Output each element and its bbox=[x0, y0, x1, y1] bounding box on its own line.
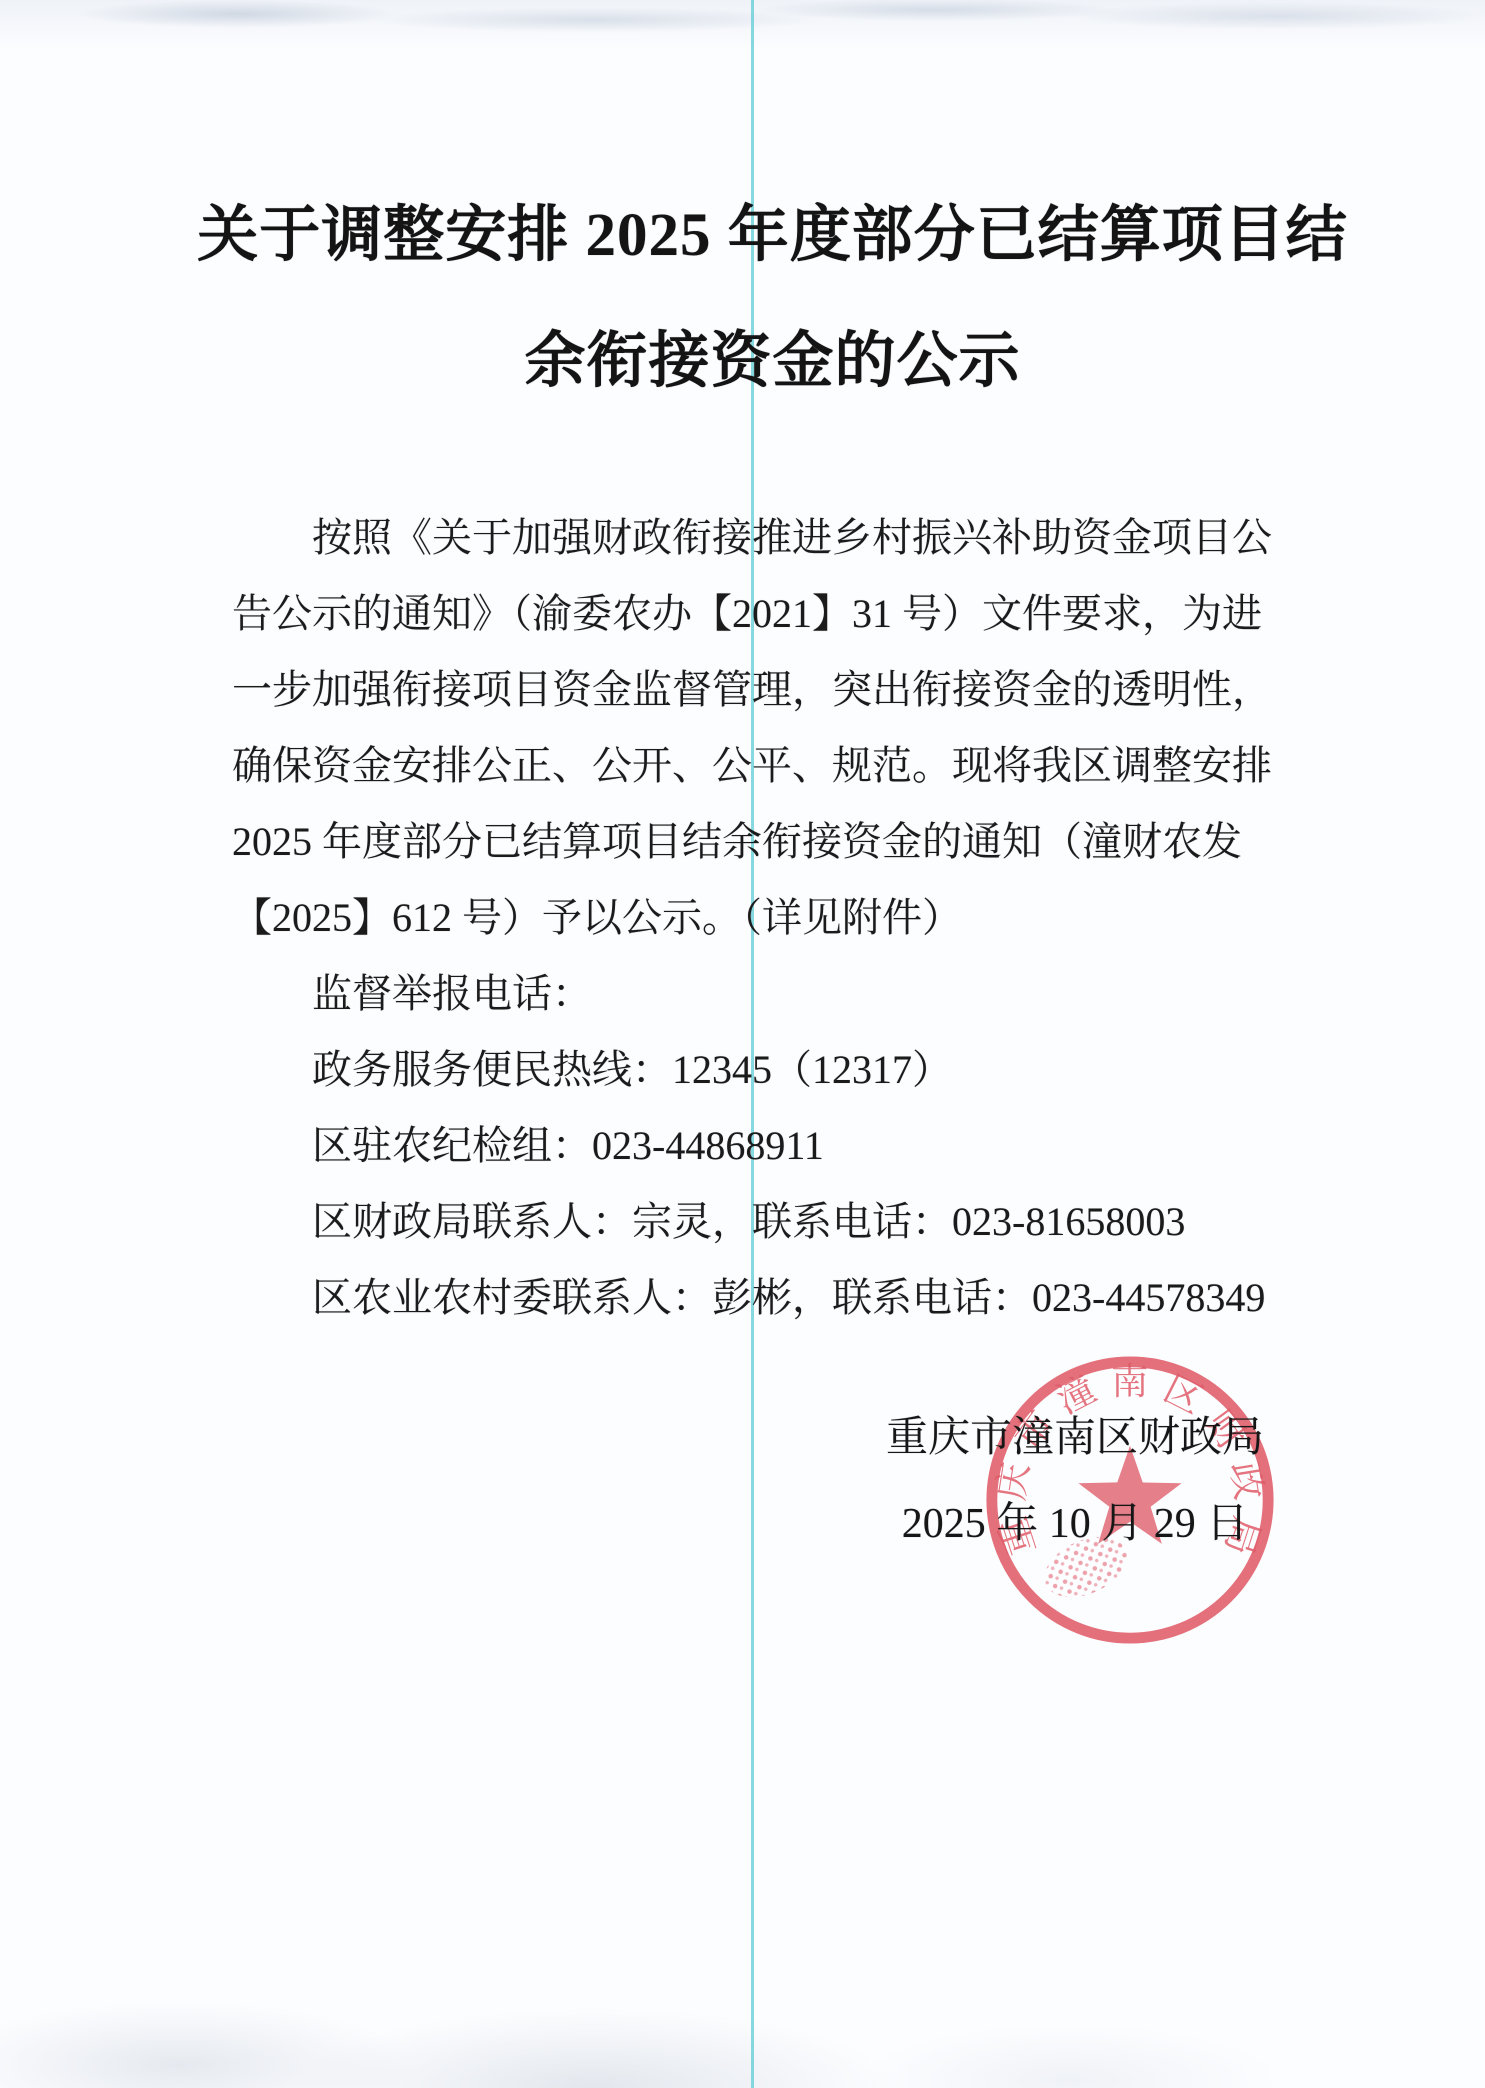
body-line: 告公示的通知》（渝委农办【2021】31 号）文件要求，为进 bbox=[232, 576, 1292, 652]
body-line: 按照《关于加强财政衔接推进乡村振兴补助资金项目公 bbox=[232, 500, 1292, 576]
signature-block: 重庆市潼南区财政局 2025 年 10 月 29 日 bbox=[810, 1412, 1340, 1550]
document-title: 关于调整安排 2025 年度部分已结算项目结 余衔接资金的公示 bbox=[60, 173, 1485, 425]
body-line-hotline: 政务服务便民热线：12345（12317） bbox=[232, 1032, 1292, 1108]
document-body: 按照《关于加强财政衔接推进乡村振兴补助资金项目公 告公示的通知》（渝委农办【20… bbox=[232, 500, 1292, 1336]
body-line-agriculture-contact: 区农业农村委联系人：彭彬，联系电话：023-44578349 bbox=[232, 1260, 1292, 1336]
body-line-report-phone-label: 监督举报电话： bbox=[232, 956, 1292, 1032]
scan-smudge-bottom bbox=[0, 1898, 1485, 2088]
title-line-2: 余衔接资金的公示 bbox=[60, 299, 1485, 425]
body-line: 一步加强衔接项目资金监督管理，突出衔接资金的透明性， bbox=[232, 652, 1292, 728]
scan-smudge-top bbox=[0, 0, 1485, 64]
signature-agency: 重庆市潼南区财政局 bbox=[810, 1412, 1340, 1464]
body-line: 确保资金安排公正、公开、公平、规范。现将我区调整安排 bbox=[232, 728, 1292, 804]
document-page: 关于调整安排 2025 年度部分已结算项目结 余衔接资金的公示 按照《关于加强财… bbox=[0, 0, 1485, 2088]
signature-date: 2025 年 10 月 29 日 bbox=[810, 1498, 1340, 1550]
title-line-1: 关于调整安排 2025 年度部分已结算项目结 bbox=[60, 173, 1485, 299]
body-line: 2025 年度部分已结算项目结余衔接资金的通知（潼财农发 bbox=[232, 804, 1292, 880]
body-line: 【2025】612 号）予以公示。（详见附件） bbox=[232, 880, 1292, 956]
body-line-discipline-group-phone: 区驻农纪检组：023-44868911 bbox=[232, 1108, 1292, 1184]
body-line-finance-contact: 区财政局联系人：宗灵，联系电话：023-81658003 bbox=[232, 1184, 1292, 1260]
